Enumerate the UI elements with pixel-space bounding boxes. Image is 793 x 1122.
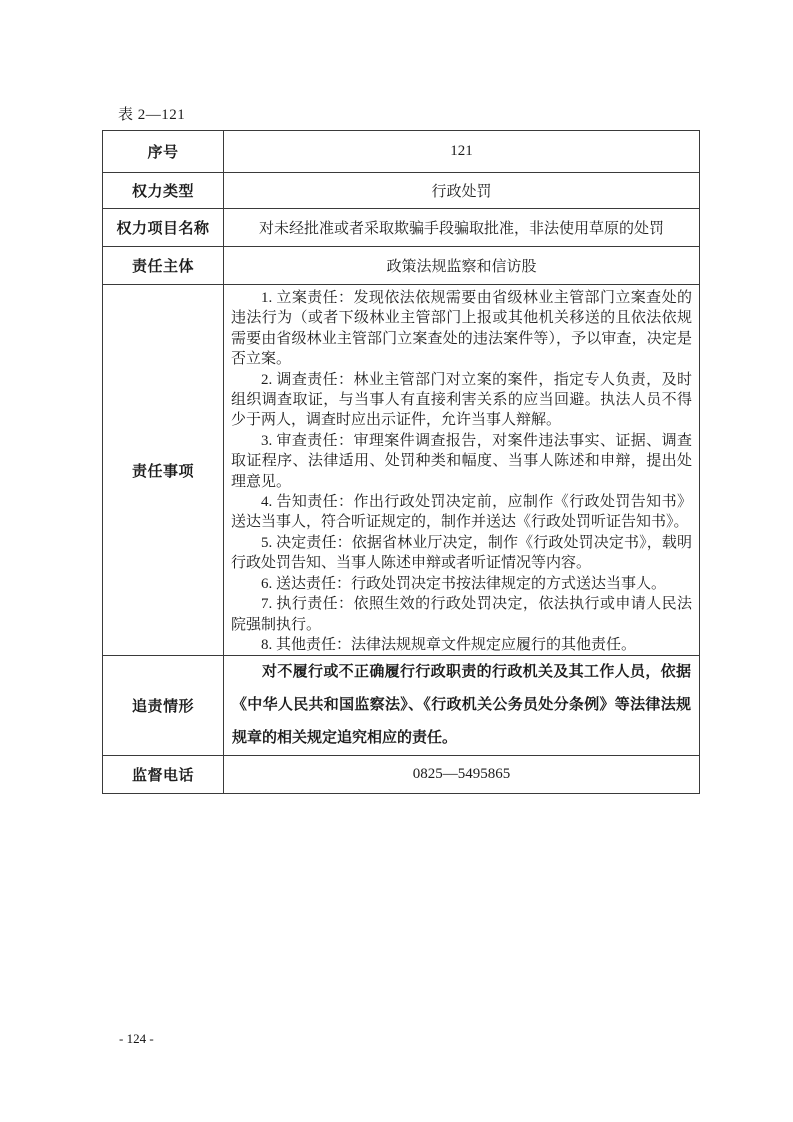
table-row-responsible-subject: 责任主体 政策法规监察和信访股 [103,247,700,285]
row-value-duty-items: 1. 立案责任：发现依法依规需要由省级林业主管部门立案查处的违法行为（或者下级林… [224,285,700,656]
duty-item-6: 6. 送达责任：行政处罚决定书按法律规定的方式送达当事人。 [231,574,692,594]
duty-item-8: 8. 其他责任：法律法规规章文件规定应履行的其他责任。 [231,635,692,655]
accountability-text: 对不履行或不正确履行行政职责的行政机关及其工作人员，依据《中华人民共和国监察法》… [232,656,691,755]
table-row-power-type: 权力类型 行政处罚 [103,173,700,209]
row-value-accountability: 对不履行或不正确履行行政职责的行政机关及其工作人员，依据《中华人民共和国监察法》… [224,656,700,756]
row-value-power-type: 行政处罚 [224,173,700,209]
row-label-power-type: 权力类型 [103,173,224,209]
document-page: 表 2—121 序号 121 权力类型 行政处罚 权力项目名称 对未经批准或者采… [0,0,793,1122]
table-caption: 表 2—121 [118,103,185,124]
duty-item-3: 3. 审查责任：审理案件调查报告，对案件违法事实、证据、调查取证程序、法律适用、… [231,431,692,492]
table-row-duty-items: 责任事项 1. 立案责任：发现依法依规需要由省级林业主管部门立案查处的违法行为（… [103,285,700,656]
row-label-responsible-subject: 责任主体 [103,247,224,285]
duty-item-7: 7. 执行责任：依照生效的行政处罚决定，依法执行或申请人民法院强制执行。 [231,594,692,635]
duty-item-1: 1. 立案责任：发现依法依规需要由省级林业主管部门立案查处的违法行为（或者下级林… [231,288,692,370]
row-label-supervision-phone: 监督电话 [103,756,224,794]
row-label-serial: 序号 [103,131,224,173]
table-row-accountability: 追责情形 对不履行或不正确履行行政职责的行政机关及其工作人员，依据《中华人民共和… [103,656,700,756]
row-value-responsible-subject: 政策法规监察和信访股 [224,247,700,285]
row-label-power-item-name: 权力项目名称 [103,209,224,247]
page-number: - 124 - [119,1031,154,1047]
duty-item-2: 2. 调查责任：林业主管部门对立案的案件，指定专人负责，及时组织调查取证，与当事… [231,370,692,431]
table-row-supervision-phone: 监督电话 0825—5495865 [103,756,700,794]
row-label-accountability: 追责情形 [103,656,224,756]
row-value-serial: 121 [224,131,700,173]
responsibility-table: 序号 121 权力类型 行政处罚 权力项目名称 对未经批准或者采取欺骗手段骗取批… [102,130,700,794]
row-label-duty-items: 责任事项 [103,285,224,656]
duty-item-4: 4. 告知责任：作出行政处罚决定前，应制作《行政处罚告知书》送达当事人，符合听证… [231,492,692,533]
table-row-power-item-name: 权力项目名称 对未经批准或者采取欺骗手段骗取批准，非法使用草原的处罚 [103,209,700,247]
row-value-supervision-phone: 0825—5495865 [224,756,700,794]
row-value-power-item-name: 对未经批准或者采取欺骗手段骗取批准，非法使用草原的处罚 [224,209,700,247]
duty-item-5: 5. 决定责任：依据省林业厅决定，制作《行政处罚决定书》，载明行政处罚告知、当事… [231,533,692,574]
table-row-serial: 序号 121 [103,131,700,173]
